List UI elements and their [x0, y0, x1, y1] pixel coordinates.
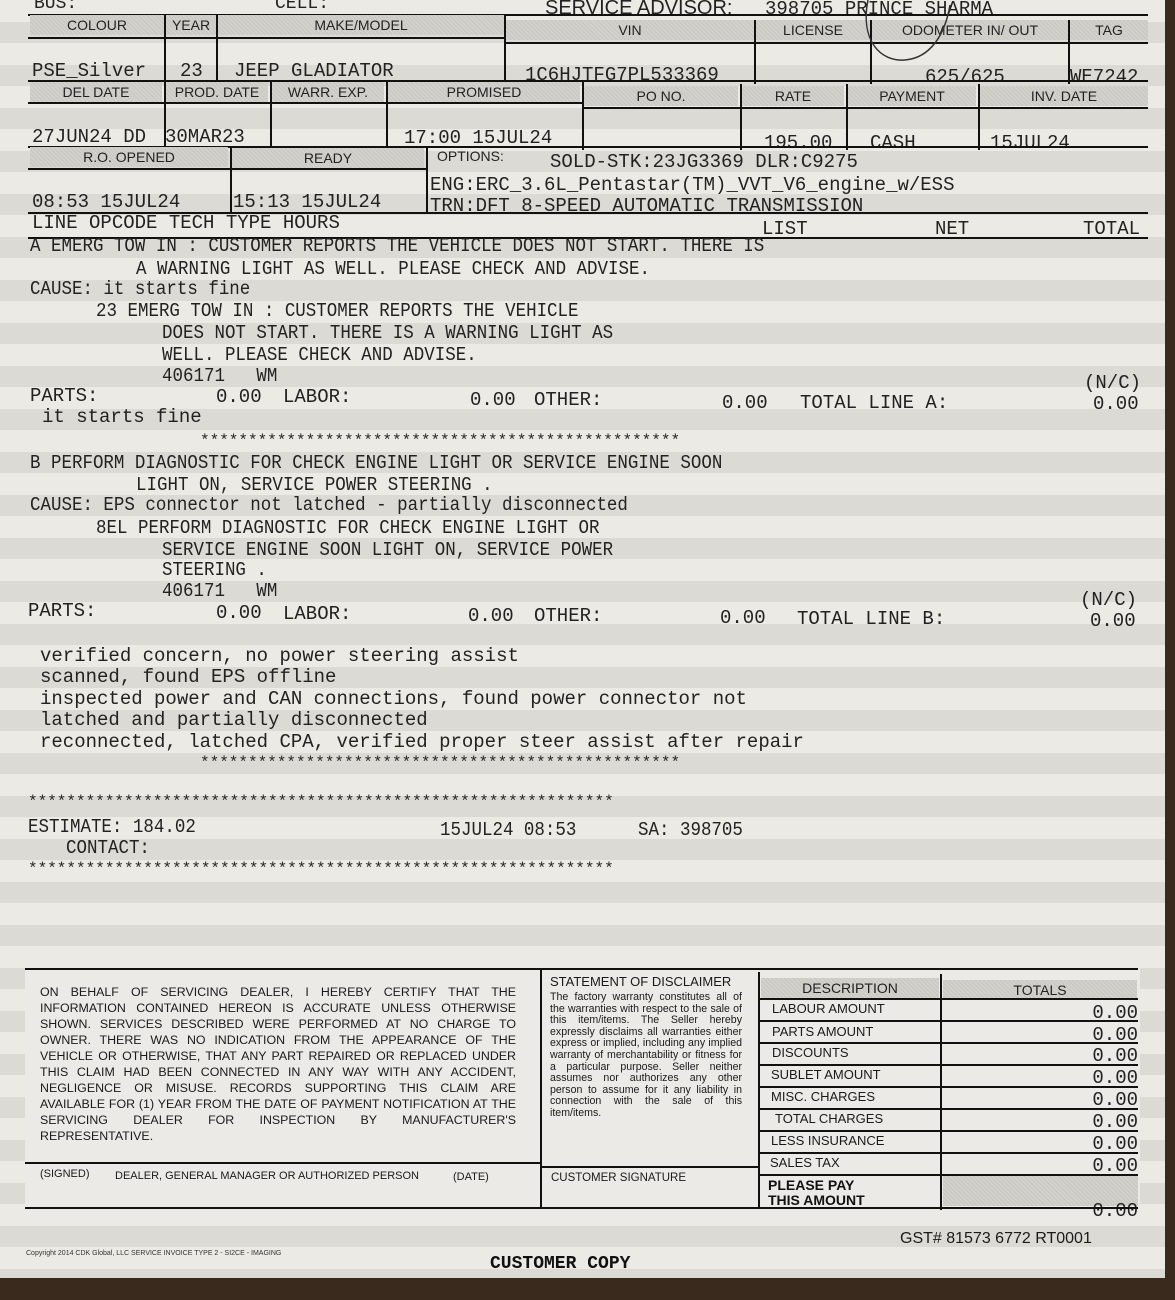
date-label: (DATE): [453, 1171, 489, 1183]
signer-label: DEALER, GENERAL MANAGER OR AUTHORIZED PE…: [115, 1170, 419, 1182]
line-a-op-2: DOES NOT START. THERE IS A WARNING LIGHT…: [162, 322, 613, 344]
totals-label-parts: PARTS AMOUNT: [772, 1024, 873, 1039]
tag-label: TAG: [1070, 20, 1148, 40]
estimate-sa: SA: 398705: [638, 819, 743, 841]
totals-label-misc: MISC. CHARGES: [771, 1089, 875, 1104]
line-b-complaint-2: LIGHT ON, SERVICE POWER STEERING .: [136, 474, 493, 496]
column-header-left: LINE OPCODE TECH TYPE HOURS: [32, 212, 340, 234]
contact-label: CONTACT:: [66, 837, 150, 859]
line-a-parts: 0.00: [216, 386, 262, 408]
del-date-value: 27JUN24 DD: [32, 126, 146, 148]
separator: ****************************************…: [28, 793, 614, 811]
totals-label-sales-tax: SALES TAX: [770, 1155, 840, 1170]
ready-value: 15:13 15JUL24: [233, 191, 381, 213]
prod-date-value: 30MAR23: [165, 126, 245, 148]
colour-value: PSE_Silver: [32, 60, 146, 82]
totals-label-less-insurance: LESS INSURANCE: [771, 1133, 884, 1148]
line-b-parts: 0.00: [216, 602, 262, 624]
line-b-op-2: SERVICE ENGINE SOON LIGHT ON, SERVICE PO…: [162, 539, 613, 561]
totals-label-sublet: SUBLET AMOUNT: [771, 1067, 881, 1082]
line-a-other-label: OTHER:: [534, 389, 602, 411]
rate-label: RATE: [742, 86, 844, 106]
estimate-datetime: 15JUL24 08:53: [440, 819, 576, 841]
please-pay-value: 0.00: [960, 1200, 1138, 1222]
line-b-other-label: OTHER:: [534, 605, 602, 627]
line-b-note-1: verified concern, no power steering assi…: [40, 645, 519, 667]
separator: ****************************************…: [200, 432, 680, 450]
totals-label-total-charges: TOTAL CHARGES: [775, 1111, 883, 1126]
totals-header-totals: TOTALS: [943, 980, 1137, 1000]
line-a-complaint-2: A WARNING LIGHT AS WELL. PLEASE CHECK AN…: [136, 258, 650, 280]
year-label: YEAR: [166, 15, 216, 35]
totals-header-description: DESCRIPTION: [761, 978, 939, 998]
line-b-cause: CAUSE: EPS connector not latched - parti…: [30, 494, 628, 516]
line-b-note-5: reconnected, latched CPA, verified prope…: [40, 731, 804, 753]
line-b-labor-label: LABOR:: [283, 603, 351, 625]
line-b-op-3: STEERING .: [162, 559, 267, 581]
ro-opened-value: 08:53 15JUL24: [32, 191, 180, 213]
promised-label: PROMISED: [388, 82, 580, 102]
line-a-tech: 406171 WM: [162, 365, 277, 387]
make-model-label: MAKE/MODEL: [218, 15, 504, 35]
line-a-total: 0.00: [1093, 393, 1139, 415]
handwritten-signature: [830, 0, 960, 70]
separator: ****************************************…: [28, 860, 614, 878]
customer-signature-label: CUSTOMER SIGNATURE: [551, 1172, 686, 1184]
line-a-complaint-1: A EMERG TOW IN : CUSTOMER REPORTS THE VE…: [30, 235, 764, 257]
line-b-other: 0.00: [720, 607, 766, 629]
line-a-labor-label: LABOR:: [283, 386, 351, 408]
bus-label: BUS:: [34, 0, 77, 14]
please-pay-label-1: PLEASE PAY: [768, 1178, 854, 1193]
line-a-note: it starts fine: [42, 406, 202, 428]
prod-date-label: PROD. DATE: [166, 82, 268, 102]
copyright-notice: Copyright 2014 CDK Global, LLC SERVICE I…: [26, 1250, 281, 1257]
signed-label: (SIGNED): [40, 1168, 90, 1180]
line-b-op-1: 8EL PERFORM DIAGNOSTIC FOR CHECK ENGINE …: [96, 517, 600, 539]
line-b-note-4: latched and partially disconnected: [40, 709, 428, 731]
year-value: 23: [180, 60, 203, 82]
certification-text: ON BEHALF OF SERVICING DEALER, I HEREBY …: [40, 984, 516, 1144]
line-a-nc: (N/C): [1084, 372, 1141, 394]
tag-value: WE7242: [1070, 66, 1138, 88]
totals-label-labour: LABOUR AMOUNT: [772, 1001, 885, 1016]
disclaimer-title: STATEMENT OF DISCLAIMER: [550, 974, 731, 989]
make-model-value: JEEP GLADIATOR: [234, 60, 394, 82]
del-date-label: DEL DATE: [30, 82, 162, 102]
ready-label: READY: [232, 148, 424, 168]
estimate-amount: ESTIMATE: 184.02: [28, 816, 196, 838]
inv-date-value: 15JUL24: [990, 132, 1070, 154]
service-advisor-label: SERVICE ADVISOR:: [545, 0, 732, 20]
line-b-complaint-1: B PERFORM DIAGNOSTIC FOR CHECK ENGINE LI…: [30, 452, 722, 474]
disclaimer-text: The factory warranty constitutes all of …: [550, 992, 742, 1120]
please-pay-label-2: THIS AMOUNT: [768, 1193, 865, 1208]
line-b-note-3: inspected power and CAN connections, fou…: [40, 688, 747, 710]
line-b-note-2: scanned, found EPS offline: [40, 666, 336, 688]
cell-label: CELL:: [275, 0, 329, 14]
options-label: OPTIONS:: [437, 148, 504, 164]
inv-date-label: INV. DATE: [980, 86, 1148, 106]
line-a-total-label: TOTAL LINE A:: [800, 392, 948, 414]
line-b-parts-label: PARTS:: [28, 600, 96, 622]
line-b-tech: 406171 WM: [162, 580, 277, 602]
line-b-labor: 0.00: [468, 605, 514, 627]
line-a-labor: 0.00: [470, 389, 516, 411]
po-no-label: PO NO.: [584, 86, 738, 106]
options-line-1: SOLD-STK:23JG3369 DLR:C9275: [550, 151, 858, 173]
ro-opened-label: R.O. OPENED: [30, 147, 228, 167]
totals-label-discounts: DISCOUNTS: [772, 1045, 849, 1060]
line-a-op-1: 23 EMERG TOW IN : CUSTOMER REPORTS THE V…: [96, 300, 579, 322]
options-line-2: ENG:ERC_3.6L_Pentastar(TM)_VVT_V6_engine…: [430, 174, 955, 196]
line-a-parts-label: PARTS:: [30, 385, 98, 407]
separator: ****************************************…: [200, 754, 680, 772]
gst-number: GST# 81573 6772 RT0001: [900, 1230, 1092, 1248]
line-a-op-3: WELL. PLEASE CHECK AND ADVISE.: [162, 344, 477, 366]
line-b-total: 0.00: [1090, 610, 1136, 632]
payment-value: CASH: [870, 132, 916, 154]
warr-exp-label: WARR. EXP.: [272, 82, 384, 102]
copy-type-label: CUSTOMER COPY: [490, 1254, 630, 1274]
vin-label: VIN: [506, 20, 754, 40]
line-a-other: 0.00: [722, 392, 768, 414]
invoice-paper: BUS: CELL: SERVICE ADVISOR: 398705 PRINC…: [0, 0, 1165, 1278]
line-b-nc: (N/C): [1080, 589, 1137, 611]
line-a-cause: CAUSE: it starts fine: [30, 278, 250, 300]
colour-label: COLOUR: [30, 15, 164, 35]
payment-label: PAYMENT: [848, 86, 976, 106]
table-surface: [0, 1278, 1175, 1300]
line-b-total-label: TOTAL LINE B:: [797, 608, 945, 630]
